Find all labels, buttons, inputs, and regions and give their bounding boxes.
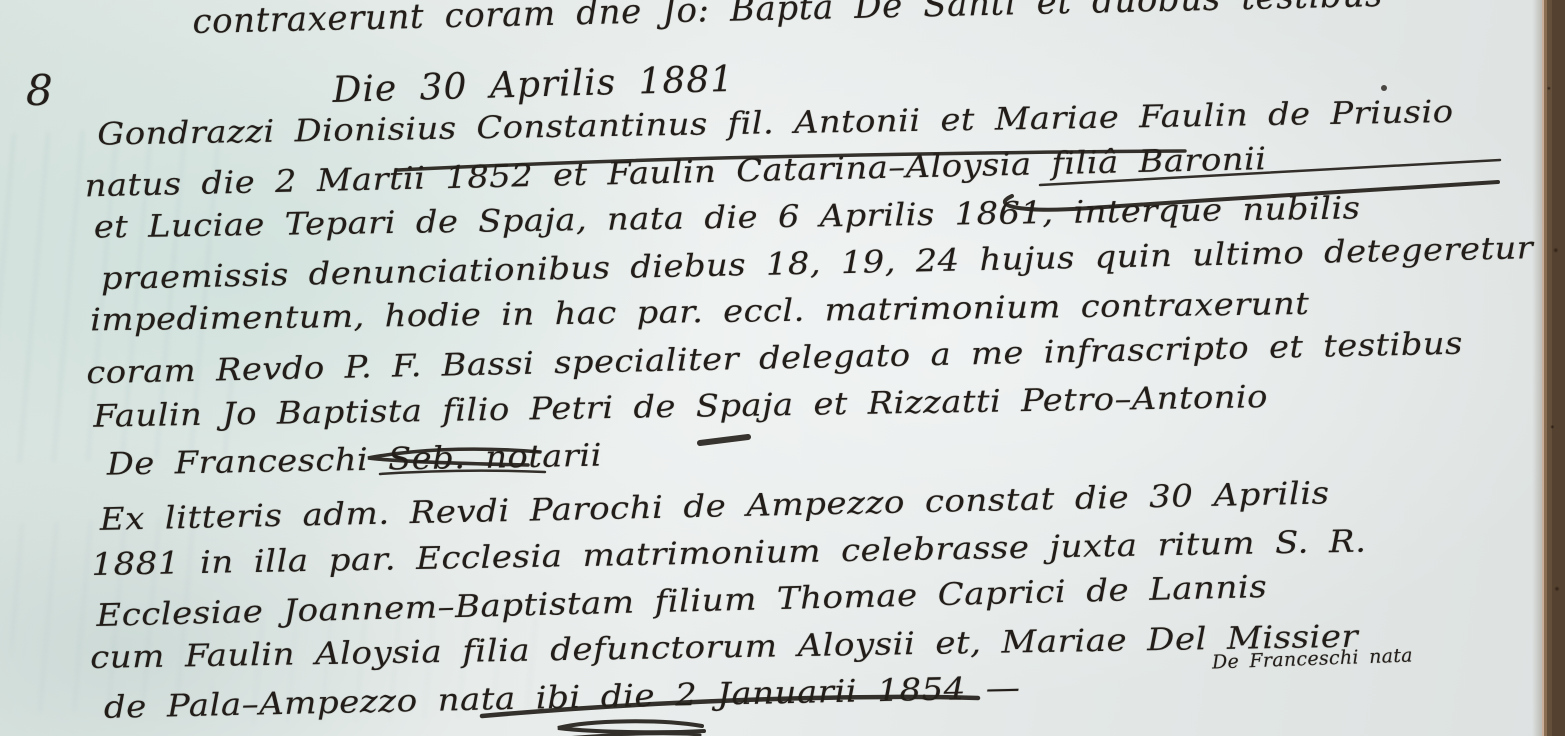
entry-number: 8 (26, 66, 53, 115)
marriage-entry-paragraph: Gondrazzi Dionisius Constantinus fil. An… (84, 93, 1535, 482)
book-binding-edge (1542, 0, 1565, 736)
page-edge-shadow (1532, 0, 1542, 736)
manuscript-page: contraxerunt coram dne Jo: Bapta De Sant… (0, 0, 1565, 736)
flourish-bottom-curl (558, 721, 704, 736)
annotation-paragraph: Ex litteris adm. Revdi Parochi de Ampezz… (84, 477, 1368, 725)
continuation-line: contraxerunt coram dne Jo: Bapta De Sant… (192, 0, 1383, 42)
